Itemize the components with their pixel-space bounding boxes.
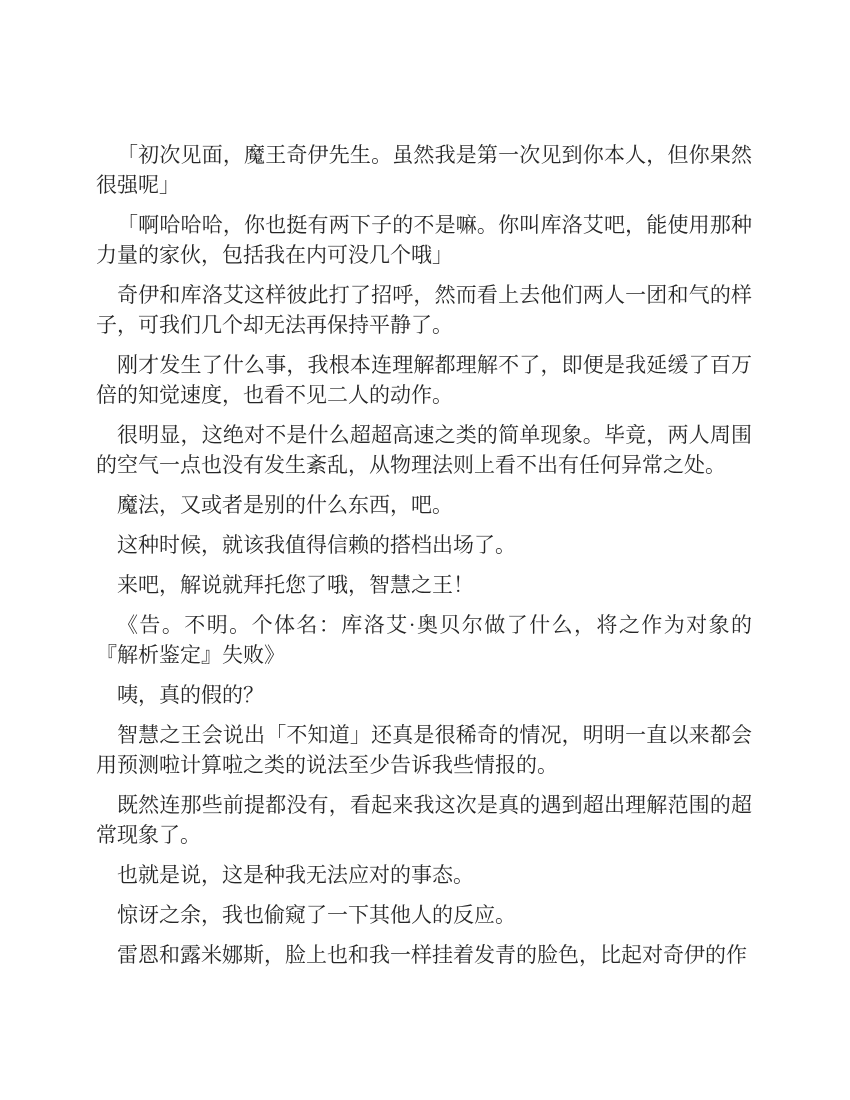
- novel-paragraph: 咦，真的假的？: [96, 680, 752, 710]
- novel-paragraph: 也就是说，这是种我无法应对的事态。: [96, 860, 752, 890]
- novel-paragraph: 智慧之王会说出「不知道」还真是很稀奇的情况，明明一直以来都会用预测啦计算啦之类的…: [96, 720, 752, 780]
- novel-paragraph: 奇伊和库洛艾这样彼此打了招呼，然而看上去他们两人一团和气的样子，可我们几个却无法…: [96, 280, 752, 340]
- novel-paragraph: 惊讶之余，我也偷窥了一下其他人的反应。: [96, 900, 752, 930]
- novel-reader-page: 「初次见面，魔王奇伊先生。虽然我是第一次见到你本人，但你果然很强呢」「啊哈哈哈，…: [0, 0, 850, 1100]
- novel-paragraph: 「啊哈哈哈，你也挺有两下子的不是嘛。你叫库洛艾吧，能使用那种力量的家伙，包括我在…: [96, 210, 752, 270]
- novel-paragraph: 来吧，解说就拜托您了哦，智慧之王！: [96, 570, 752, 600]
- novel-paragraph: 很明显，这绝对不是什么超超高速之类的简单现象。毕竟，两人周围的空气一点也没有发生…: [96, 420, 752, 480]
- novel-paragraph: 雷恩和露米娜斯，脸上也和我一样挂着发青的脸色，比起对奇伊的作: [96, 940, 752, 970]
- novel-text-block: 「初次见面，魔王奇伊先生。虽然我是第一次见到你本人，但你果然很强呢」「啊哈哈哈，…: [96, 140, 752, 980]
- novel-paragraph: 《告。不明。个体名：库洛艾·奥贝尔做了什么，将之作为对象的『解析鉴定』失败》: [96, 610, 752, 670]
- novel-paragraph: 魔法，又或者是别的什么东西，吧。: [96, 490, 752, 520]
- novel-paragraph: 刚才发生了什么事，我根本连理解都理解不了，即便是我延缓了百万倍的知觉速度，也看不…: [96, 350, 752, 410]
- novel-paragraph: 「初次见面，魔王奇伊先生。虽然我是第一次见到你本人，但你果然很强呢」: [96, 140, 752, 200]
- novel-paragraph: 既然连那些前提都没有，看起来我这次是真的遇到超出理解范围的超常现象了。: [96, 790, 752, 850]
- novel-paragraph: 这种时候，就该我值得信赖的搭档出场了。: [96, 530, 752, 560]
